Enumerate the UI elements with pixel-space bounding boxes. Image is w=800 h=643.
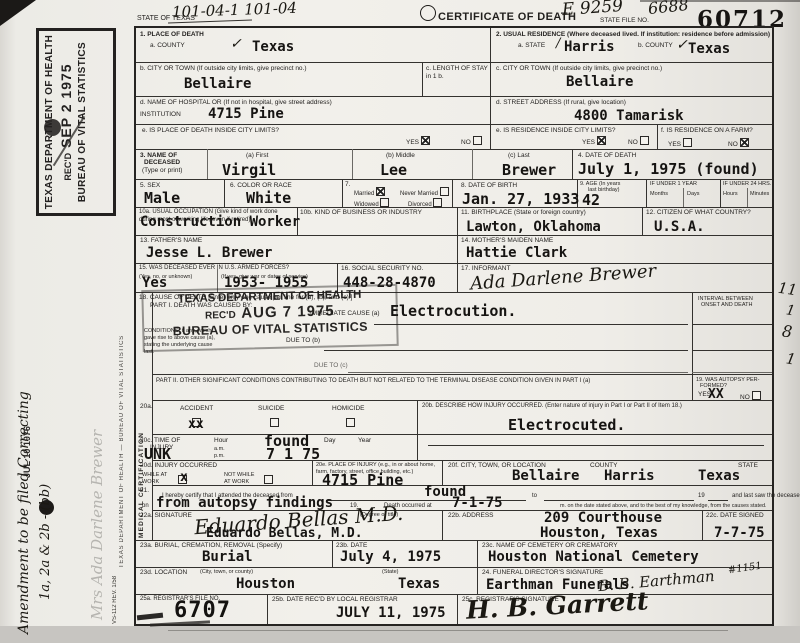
date-of-birth-label: 8. DATE OF BIRTH	[461, 182, 517, 190]
received-stamp-sep: TEXAS DEPARTMENT OF HEALTH REC'D SEP 2 1…	[36, 28, 116, 216]
middle-name-label: (b) Middle	[386, 152, 415, 160]
rule	[442, 510, 443, 540]
autopsy-no: NO	[740, 391, 761, 402]
rule	[136, 96, 772, 97]
am-label: a.m.	[214, 446, 225, 453]
rule	[642, 207, 643, 235]
rule	[324, 350, 688, 351]
location-sub1: (City, town, or county)	[200, 569, 253, 576]
margin-date-stamp: JUL 10 1976	[22, 426, 32, 478]
accident-label: ACCIDENT	[180, 405, 213, 413]
occupation-value: Construction Worker	[140, 214, 300, 230]
father-name-label: 13. FATHER'S NAME	[140, 237, 202, 245]
rule	[702, 510, 703, 540]
months-label: Months	[650, 191, 668, 198]
physician-address-line1: 209 Courthouse	[544, 510, 662, 526]
residence-city-limits-no: NO	[628, 136, 649, 147]
rule	[457, 263, 458, 292]
county-label: a. COUNTY	[150, 42, 185, 50]
funeral-director-number: #1151	[727, 561, 762, 577]
hospital-value: 4715 Pine	[208, 106, 284, 122]
rule	[428, 445, 764, 446]
location-city-value: Houston	[236, 576, 295, 592]
rule	[374, 324, 688, 325]
farm-yes: YES	[668, 138, 692, 149]
middle-name-value: Lee	[380, 161, 407, 179]
first-name-label: (a) First	[246, 152, 268, 160]
rule	[332, 540, 333, 567]
received-stamp-aug: TEXAS DEPARTMENT OF HEALTH REC'D AUG 7 1…	[141, 284, 398, 352]
physician-typed-name: Eduardo Bellas, M.D.	[206, 526, 363, 541]
state-label: a. STATE	[518, 42, 545, 50]
rule	[544, 500, 694, 501]
interval-label2: ONSET AND DEATH	[701, 302, 752, 309]
place-of-death-label: 1. PLACE OF DEATH	[140, 31, 204, 39]
not-while-at-work-label: NOT WHILEAT WORK	[224, 472, 254, 486]
county2-label: b. COUNTY	[638, 42, 673, 50]
rule	[136, 235, 772, 236]
date-of-death-label: 4. DATE OF DEATH	[578, 152, 636, 160]
mother-name-value: Hattie Clark	[466, 245, 567, 261]
physician-address-label: 22b. ADDRESS	[448, 512, 494, 520]
rule	[472, 149, 473, 179]
type-or-print-label: (Type or print)	[142, 167, 182, 175]
rule	[312, 460, 313, 485]
certify-line2b: m. on the date stated above, and to the …	[560, 503, 766, 510]
rule	[152, 434, 772, 435]
rule	[417, 400, 418, 460]
citizen-value: U.S.A.	[654, 219, 705, 235]
age-value: 42	[582, 191, 600, 209]
hospital-label2: INSTITUTION	[140, 111, 181, 119]
checked-checkbox	[597, 136, 606, 145]
usual-residence-label: 2. USUAL RESIDENCE (Where deceased lived…	[496, 31, 770, 39]
certificate-title: CERTIFICATE OF DEATH	[438, 11, 576, 25]
certify-section-label: 21.	[140, 487, 149, 495]
location-label: 23d. LOCATION	[140, 569, 187, 577]
rule	[692, 292, 693, 400]
due-to-c-label: DUE TO (c)	[314, 362, 348, 370]
injury-county-value: Harris	[604, 468, 655, 484]
empty-checkbox	[473, 136, 482, 145]
residence-city-limits-label: e. IS RESIDENCE INSIDE CITY LIMITS?	[496, 127, 615, 135]
street-address-value: 4800 Tamarisk	[574, 108, 684, 124]
checkmark: ✓	[676, 37, 688, 53]
form-number: VS-112 REV. 1/58	[112, 550, 121, 624]
length-of-stay-label: c. LENGTH OF STAY	[426, 65, 488, 73]
rule	[342, 179, 343, 207]
margin-mark: 11	[777, 279, 798, 299]
rule	[646, 179, 647, 207]
empty-checkbox	[640, 136, 649, 145]
checked-checkbox	[740, 138, 749, 147]
physician-signature-label: 22a. SIGNATURE	[140, 512, 192, 520]
city-town-label: b. CITY OR TOWN (If outside city limits,…	[140, 65, 307, 73]
place-city-limits-yes: YES	[406, 136, 430, 147]
rule	[207, 149, 208, 179]
checkmark: ✓	[230, 36, 242, 52]
rule	[692, 372, 772, 373]
rule	[136, 594, 772, 595]
injury-state-label: STATE	[738, 462, 758, 470]
city-town2-value: Bellaire	[566, 74, 633, 90]
county-value: Texas	[252, 39, 294, 55]
if-under-24-hrs-label: IF UNDER 24 HRS.	[723, 181, 771, 188]
date-received-label: 25b. DATE REC'D BY LOCAL REGISTRAR	[272, 596, 398, 604]
injury-occurred-label: 20d. INJURY OCCURRED	[140, 462, 217, 470]
state-file-no-label: STATE FILE NO.	[600, 17, 649, 25]
funeral-director-label: 24. FUNERAL DIRECTOR'S SIGNATURE	[482, 569, 603, 577]
rule	[708, 500, 728, 501]
last-name-label: (c) Last	[508, 152, 530, 160]
margin-amendment-note2: 1a, 2a & 2b - (bb)	[38, 270, 53, 600]
rule	[442, 460, 443, 485]
date-received-value: JULY 11, 1975	[336, 605, 446, 621]
injury-date-value: 7 1 75	[266, 445, 320, 463]
hours-label: Hours	[723, 191, 738, 198]
rule	[692, 350, 772, 351]
scan-line-artifact	[640, 0, 800, 2]
immediate-cause-value: Electrocution.	[390, 302, 516, 320]
street-address-label: d. STREET ADDRESS (If rural, give locati…	[496, 99, 626, 107]
location-state-value: Texas	[398, 576, 440, 592]
empty-checkbox	[440, 187, 449, 196]
rule	[477, 540, 478, 594]
rule	[683, 188, 684, 207]
handwritten-circle-mark	[420, 5, 436, 21]
citizen-label: 12. CITIZEN OF WHAT COUNTRY?	[646, 209, 751, 217]
to-label: to	[532, 493, 537, 501]
accident-mark: xx	[188, 417, 204, 432]
margin-mark: 8	[781, 322, 793, 342]
stamp-date: REC'D SEP 2 1975	[58, 31, 74, 213]
scan-corner-shadow	[0, 0, 36, 26]
on-label: on	[142, 503, 149, 511]
part2-label: PART II. OTHER SIGNIFICANT CONDITIONS CO…	[156, 378, 590, 386]
while-at-work-label: WHILE ATWORK	[142, 472, 167, 486]
birthplace-label: 11. BIRTHPLACE (State or foreign country…	[461, 209, 586, 217]
race-value: White	[246, 189, 291, 207]
empty-checkbox	[380, 198, 389, 207]
year-blank1: 19	[698, 493, 705, 501]
birthplace-value: Lawton, Oklahoma	[466, 219, 601, 235]
hour-label: Hour	[214, 437, 228, 445]
edge-strip-text: TEXAS DEPARTMENT OF HEALTH — BUREAU OF V…	[119, 34, 129, 568]
rule	[136, 124, 772, 125]
location-sub2: (State)	[382, 569, 399, 576]
county2-value: Texas	[688, 41, 730, 57]
pm-label: p.m.	[214, 453, 225, 460]
father-name-value: Jesse L. Brewer	[146, 245, 272, 261]
rule	[720, 179, 721, 207]
rule	[152, 460, 772, 461]
scan-bottom-edge	[0, 626, 800, 643]
how-injury-occurred-label: 20b. DESCRIBE HOW INJURY OCCURRED. (Ente…	[422, 403, 682, 411]
minutes-label: Minutes	[750, 191, 769, 198]
physician-address-line2: Houston, Texas	[540, 525, 658, 541]
death-date-value: 7-1-75	[452, 495, 503, 511]
cemetery-value: Houston National Cemetery	[488, 549, 699, 565]
how-injury-occurred-value: Electrocuted.	[508, 416, 625, 434]
year-label: Year	[358, 437, 371, 445]
rule	[657, 124, 658, 149]
homicide-checkbox	[346, 418, 355, 427]
rule	[422, 62, 423, 96]
industry-label: 10b. KIND OF BUSINESS OR INDUSTRY	[300, 209, 422, 217]
rule	[267, 594, 268, 624]
length-of-stay-label2: in 1 b.	[426, 73, 444, 81]
mother-name-label: 14. MOTHER'S MAIDEN NAME	[461, 237, 553, 245]
checked-checkbox	[421, 136, 430, 145]
if-under-1-year-label: IF UNDER 1 YEAR	[650, 181, 697, 188]
city-town-value: Bellaire	[184, 76, 251, 92]
rule	[457, 594, 458, 624]
rule	[352, 149, 353, 179]
sex-value: Male	[144, 189, 180, 207]
checked-checkbox	[376, 187, 385, 196]
rule	[348, 372, 688, 373]
rule	[136, 567, 772, 568]
armed-forces-label: 15. WAS DECEASED EVER IN U.S. ARMED FORC…	[139, 265, 289, 273]
place-city-limits-label: e. IS PLACE OF DEATH INSIDE CITY LIMITS?	[142, 127, 279, 135]
injury-city-value: Bellaire	[512, 468, 579, 484]
burial-value: Burial	[202, 549, 253, 565]
rule	[452, 179, 453, 207]
scan-line-artifact	[168, 630, 728, 631]
rule	[136, 263, 772, 264]
state-value: Harris	[564, 39, 615, 55]
autopsy-yes-mark: XX	[708, 387, 724, 402]
margin-ghost-writing: Mrs Ada Darlene Brewer	[88, 280, 106, 620]
scanned-death-certificate: TEXAS DEPARTMENT OF HEALTH — BUREAU OF V…	[0, 0, 800, 643]
rule	[136, 62, 772, 63]
first-name-value: Virgil	[222, 161, 276, 179]
registrar-file-number: 6707	[174, 598, 231, 623]
while-at-work-mark: x	[180, 470, 188, 485]
rule	[136, 179, 772, 180]
marital-section-label: 7.	[345, 181, 350, 189]
date-of-death-value: July 1, 1975 (found)	[578, 160, 759, 178]
certify-line1b: and last saw the deceased alive	[732, 493, 800, 501]
rule	[224, 179, 225, 207]
place-of-injury-value: 4715 Pine	[322, 471, 403, 489]
hour-value: UNK	[144, 445, 171, 463]
widowed-checkbox: Widowed	[354, 198, 389, 210]
rule	[692, 324, 772, 325]
ssn-label: 16. SOCIAL SECURITY NO.	[341, 265, 423, 273]
days-label: Days	[687, 191, 700, 198]
accident-section-label: 20a.	[140, 403, 153, 411]
empty-checkbox	[433, 198, 442, 207]
checkmark: /	[556, 36, 560, 51]
place-city-limits-no: NO	[461, 136, 482, 147]
last-name-value: Brewer	[502, 161, 556, 179]
date-of-birth-value: Jan. 27, 1933	[462, 190, 579, 208]
residence-city-limits-yes: YES	[582, 136, 606, 147]
suicide-label: SUICIDE	[258, 405, 284, 413]
rule	[457, 207, 458, 263]
burial-date-value: July 4, 1975	[340, 549, 441, 565]
rule	[136, 207, 772, 208]
city-town2-label: c. CITY OR TOWN (If outside city limits,…	[496, 65, 662, 73]
not-while-at-work-checkbox	[264, 475, 273, 484]
date-signed-value: 7-7-75	[714, 525, 765, 541]
farm-label: f. IS RESIDENCE ON A FARM?	[661, 127, 753, 135]
injury-state-value: Texas	[698, 468, 740, 484]
farm-no: NO	[728, 138, 749, 149]
date-signed-label: 22c. DATE SIGNED	[706, 512, 764, 520]
homicide-label: HOMICIDE	[332, 405, 365, 413]
never-married-checkbox: Never Married	[400, 187, 449, 199]
day-label: Day	[324, 437, 336, 445]
empty-checkbox	[683, 138, 692, 147]
rule	[152, 374, 772, 375]
rule	[490, 28, 491, 149]
empty-checkbox	[752, 391, 761, 400]
rule	[152, 400, 772, 401]
stamp-agency: TEXAS DEPARTMENT OF HEALTH	[44, 31, 55, 213]
name-of-deceased-label2: DECEASED	[144, 159, 180, 167]
rule	[572, 149, 573, 179]
rule	[136, 149, 772, 150]
rule	[747, 188, 748, 207]
divorced-checkbox: Divorced	[408, 198, 442, 210]
suicide-checkbox	[270, 418, 279, 427]
married-checkbox: Married	[354, 187, 385, 199]
